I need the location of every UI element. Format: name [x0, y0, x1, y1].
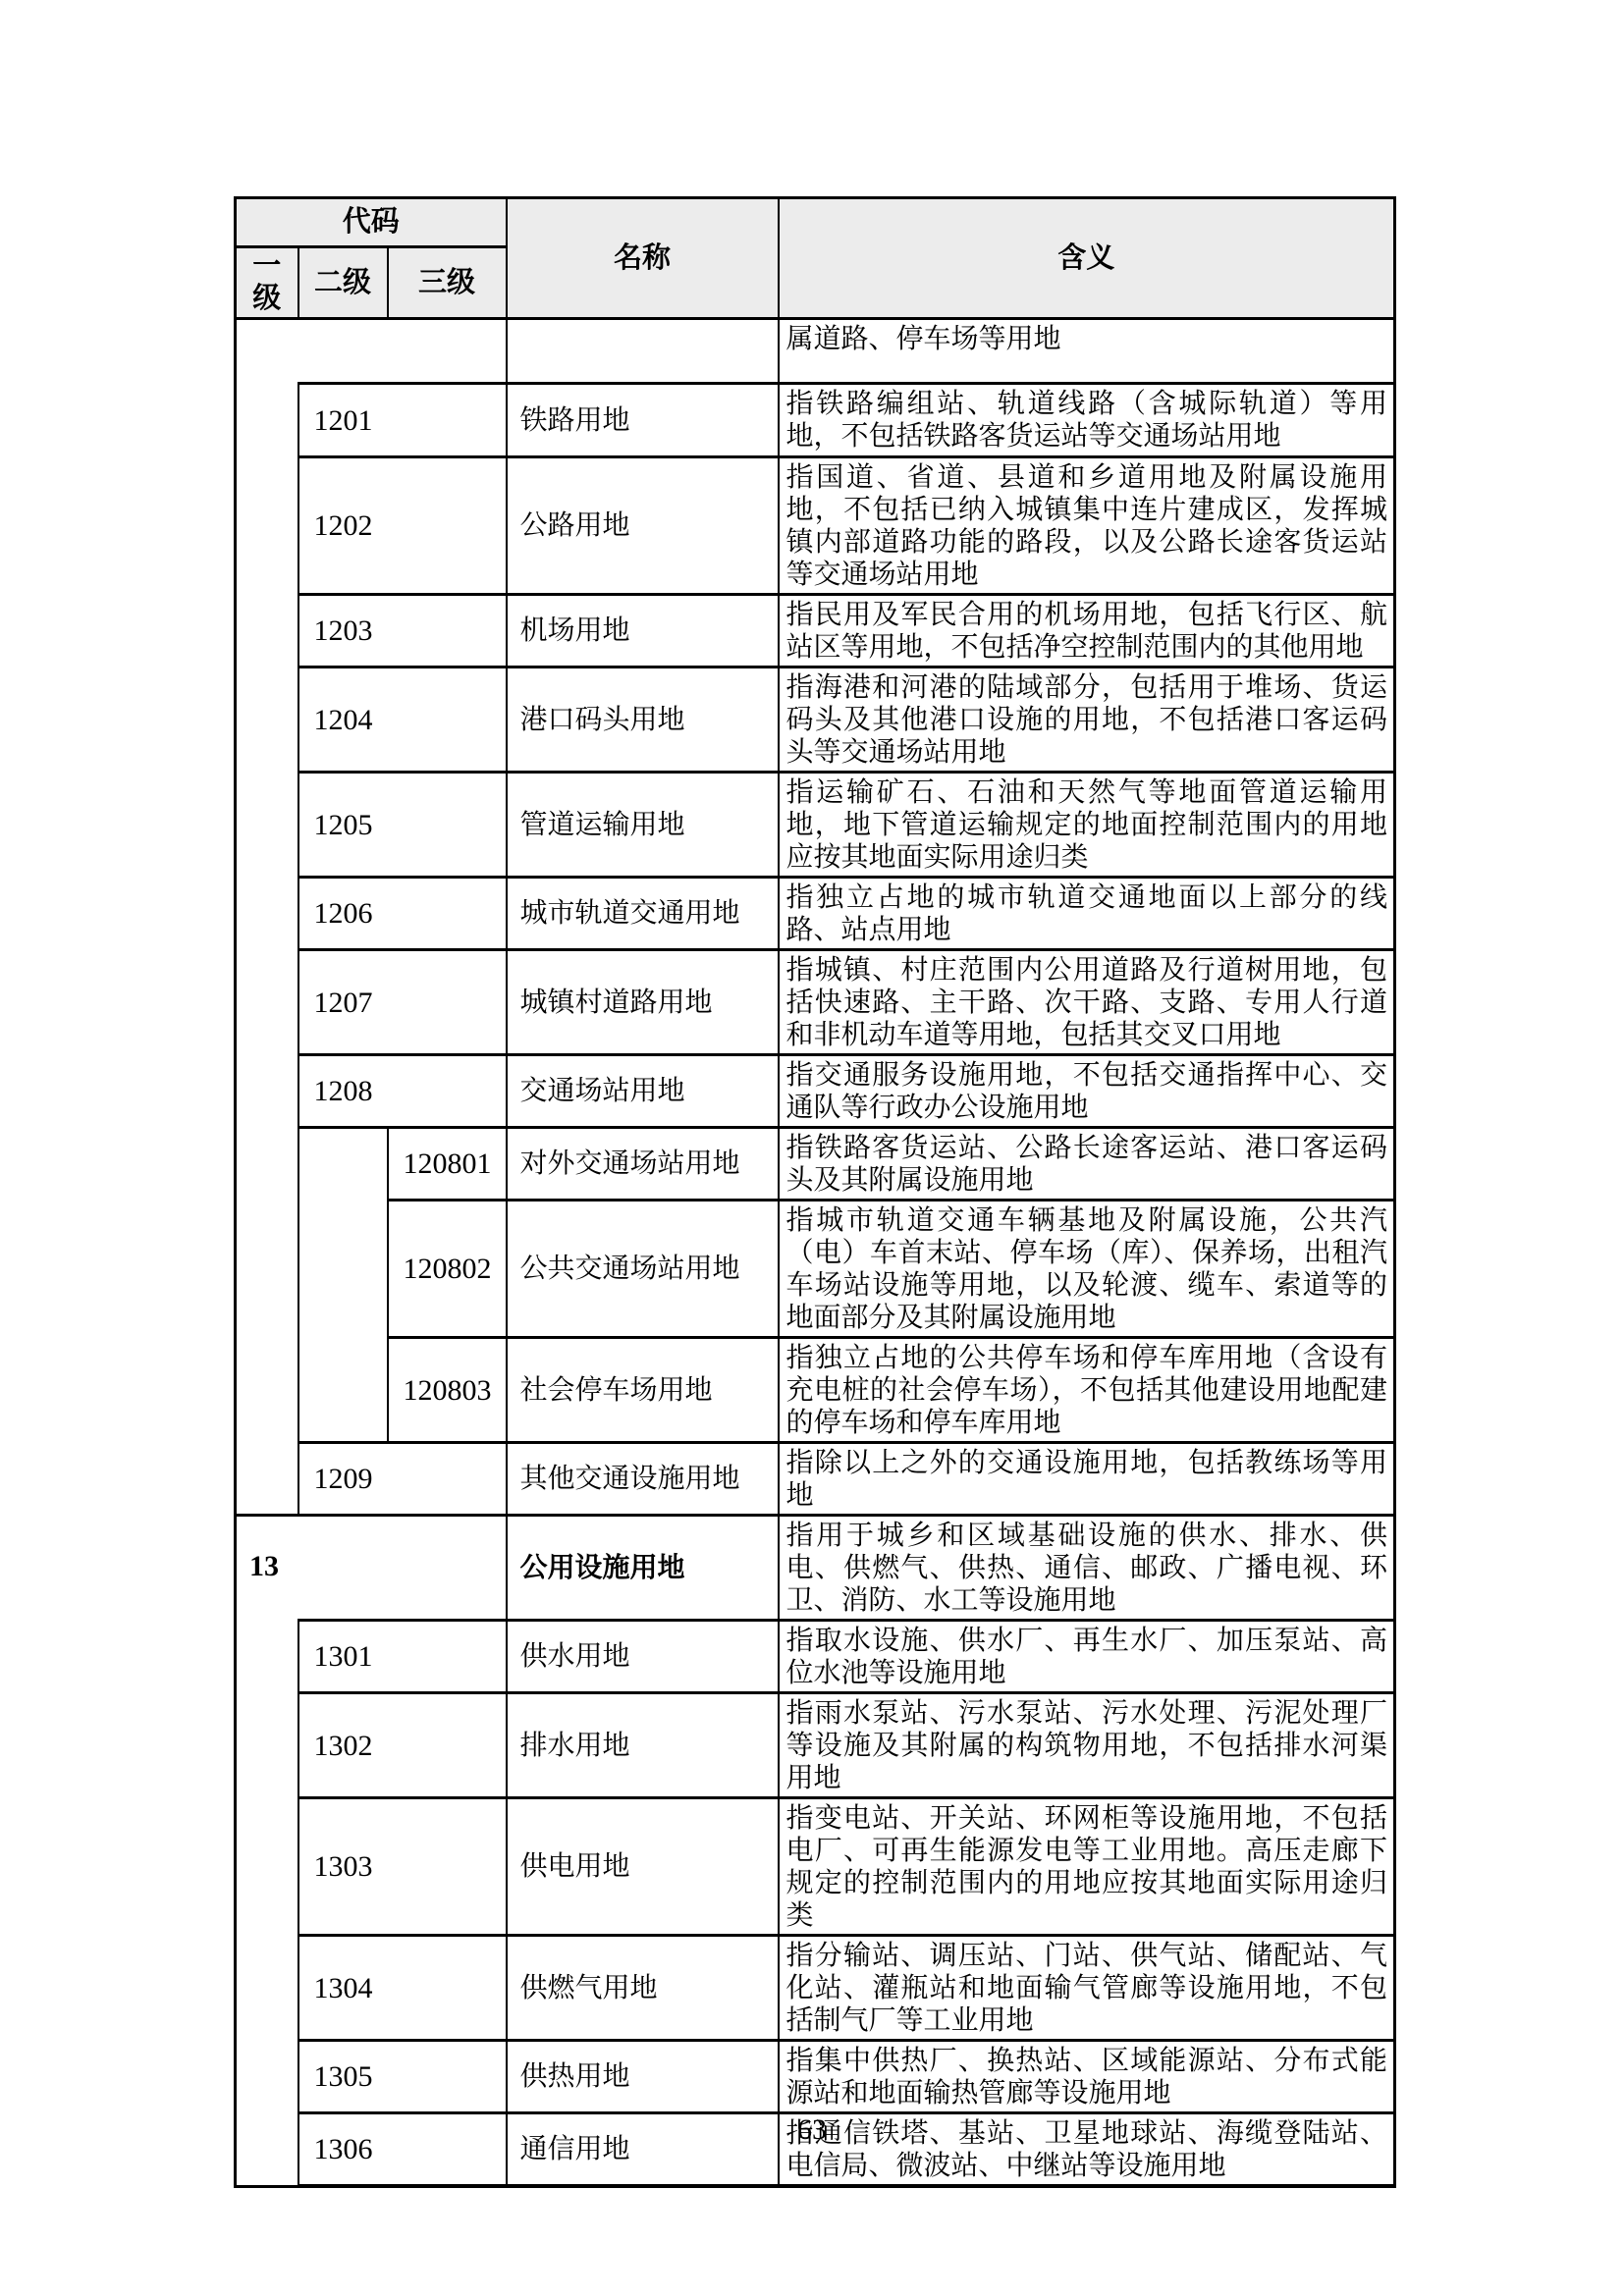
- table-row-1301: 1301 供水用地 指取水设施、供水厂、再生水厂、加压泵站、高位水池等设施用地: [236, 1621, 1395, 1693]
- meaning-cell-1206: 指独立占地的城市轨道交通地面以上部分的线路、站点用地: [779, 878, 1395, 950]
- name-cell-1205: 管道运输用地: [507, 773, 779, 878]
- meaning-cell-1302: 指雨水泵站、污水泵站、污水处理、污泥处理厂等设施及其附属的构筑物用地，不包括排水…: [779, 1693, 1395, 1798]
- code-cell-1202: 1202: [298, 457, 507, 595]
- name-cell-1202: 公路用地: [507, 457, 779, 595]
- name-cell-1304: 供燃气用地: [507, 1936, 779, 2041]
- level2-span-cell-1208: [298, 1128, 388, 1443]
- meaning-cell-1301: 指取水设施、供水厂、再生水厂、加压泵站、高位水池等设施用地: [779, 1621, 1395, 1693]
- code-cell-120801: 120801: [388, 1128, 507, 1201]
- land-use-classification-table: 代码 名称 含义 一级 二级 三级 属道路、停车场等用地 1201 铁路用地 指…: [234, 196, 1396, 2188]
- table-row-1207: 1207 城镇村道路用地 指城镇、村庄范围内公用道路及行道树用地，包括快速路、主…: [236, 950, 1395, 1055]
- name-cell-continuation: [507, 319, 779, 384]
- code-cell-1209: 1209: [298, 1443, 507, 1516]
- name-cell-1302: 排水用地: [507, 1693, 779, 1798]
- table-row-1208: 1208 交通场站用地 指交通服务设施用地，不包括交通指挥中心、交通队等行政办公…: [236, 1055, 1395, 1128]
- meaning-cell-1205: 指运输矿石、石油和天然气等地面管道运输用地，地下管道运输规定的地面控制范围内的用…: [779, 773, 1395, 878]
- header-cell-meaning: 含义: [779, 198, 1395, 319]
- meaning-cell-1303: 指变电站、开关站、环网柜等设施用地，不包括电厂、可再生能源发电等工业用地。高压走…: [779, 1798, 1395, 1936]
- code-area-13-cell: [298, 1516, 507, 1621]
- name-cell-1209: 其他交通设施用地: [507, 1443, 779, 1516]
- code-cell-1301: 1301: [298, 1621, 507, 1693]
- table-row-1201: 1201 铁路用地 指铁路编组站、轨道线路（含城际轨道）等用地，不包括铁路客货运…: [236, 384, 1395, 457]
- code-cell-1205: 1205: [298, 773, 507, 878]
- meaning-cell-1305: 指集中供热厂、换热站、区域能源站、分布式能源站和地面输热管廊等设施用地: [779, 2041, 1395, 2113]
- meaning-cell-1207: 指城镇、村庄范围内公用道路及行道树用地，包括快速路、主干路、次干路、支路、专用人…: [779, 950, 1395, 1055]
- table-row-1305: 1305 供热用地 指集中供热厂、换热站、区域能源站、分布式能源站和地面输热管廊…: [236, 2041, 1395, 2113]
- header-cell-code-group: 代码: [236, 198, 507, 247]
- name-cell-1301: 供水用地: [507, 1621, 779, 1693]
- name-cell-1204: 港口码头用地: [507, 667, 779, 773]
- code-cell-1302: 1302: [298, 1693, 507, 1798]
- code-cell-13: 13: [236, 1516, 298, 2187]
- name-cell-120803: 社会停车场用地: [507, 1338, 779, 1443]
- code-cell-1303: 1303: [298, 1798, 507, 1936]
- meaning-cell-1203: 指民用及军民合用的机场用地，包括飞行区、航站区等用地，不包括净空控制范围内的其他…: [779, 595, 1395, 667]
- table-row-120802: 120802 公共交通场站用地 指城市轨道交通车辆基地及附属设施，公共汽（电）车…: [236, 1201, 1395, 1338]
- document-page: 代码 名称 含义 一级 二级 三级 属道路、停车场等用地 1201 铁路用地 指…: [0, 0, 1624, 2296]
- meaning-cell-1201: 指铁路编组站、轨道线路（含城际轨道）等用地，不包括铁路客货运站等交通场站用地: [779, 384, 1395, 457]
- code-cell-1203: 1203: [298, 595, 507, 667]
- name-cell-120801: 对外交通场站用地: [507, 1128, 779, 1201]
- code-cell-120802: 120802: [388, 1201, 507, 1338]
- table-row-1302: 1302 排水用地 指雨水泵站、污水泵站、污水处理、污泥处理厂等设施及其附属的构…: [236, 1693, 1395, 1798]
- name-cell-1305: 供热用地: [507, 2041, 779, 2113]
- table-row-1204: 1204 港口码头用地 指海港和河港的陆域部分，包括用于堆场、货运码头及其他港口…: [236, 667, 1395, 773]
- table-row-1304: 1304 供燃气用地 指分输站、调压站、门站、供气站、储配站、气化站、灌瓶站和地…: [236, 1936, 1395, 2041]
- table-row-1203: 1203 机场用地 指民用及军民合用的机场用地，包括飞行区、航站区等用地，不包括…: [236, 595, 1395, 667]
- table-row-1209: 1209 其他交通设施用地 指除以上之外的交通设施用地，包括教练场等用地: [236, 1443, 1395, 1516]
- header-cell-level3: 三级: [388, 247, 507, 319]
- code-cell-1304: 1304: [298, 1936, 507, 2041]
- table-row-120803: 120803 社会停车场用地 指独立占地的公共停车场和停车库用地（含设有充电桩的…: [236, 1338, 1395, 1443]
- name-cell-1201: 铁路用地: [507, 384, 779, 457]
- meaning-cell-120802: 指城市轨道交通车辆基地及附属设施，公共汽（电）车首末站、停车场（库）、保养场，出…: [779, 1201, 1395, 1338]
- meaning-cell-120801: 指铁路客货运站、公路长途客运站、港口客运码头及其附属设施用地: [779, 1128, 1395, 1201]
- code-cell-1201: 1201: [298, 384, 507, 457]
- name-cell-1208: 交通场站用地: [507, 1055, 779, 1128]
- name-cell-1203: 机场用地: [507, 595, 779, 667]
- code-cell-1208: 1208: [298, 1055, 507, 1128]
- table-row-120801: 120801 对外交通场站用地 指铁路客货运站、公路长途客运站、港口客运码头及其…: [236, 1128, 1395, 1201]
- header-cell-level1: 一级: [236, 247, 298, 319]
- meaning-cell-1209: 指除以上之外的交通设施用地，包括教练场等用地: [779, 1443, 1395, 1516]
- table-row-continuation: 属道路、停车场等用地: [236, 319, 1395, 384]
- code-cell-1207: 1207: [298, 950, 507, 1055]
- name-cell-13: 公用设施用地: [507, 1516, 779, 1621]
- table-row-1205: 1205 管道运输用地 指运输矿石、石油和天然气等地面管道运输用地，地下管道运输…: [236, 773, 1395, 878]
- table-row-13: 13 公用设施用地 指用于城乡和区域基础设施的供水、排水、供电、供燃气、供热、通…: [236, 1516, 1395, 1621]
- meaning-cell-1208: 指交通服务设施用地，不包括交通指挥中心、交通队等行政办公设施用地: [779, 1055, 1395, 1128]
- meaning-cell-1204: 指海港和河港的陆域部分，包括用于堆场、货运码头及其他港口设施的用地，不包括港口客…: [779, 667, 1395, 773]
- table-row-1303: 1303 供电用地 指变电站、开关站、环网柜等设施用地，不包括电厂、可再生能源发…: [236, 1798, 1395, 1936]
- level1-span-cell-12: [236, 319, 298, 1516]
- meaning-cell-13: 指用于城乡和区域基础设施的供水、排水、供电、供燃气、供热、通信、邮政、广播电视、…: [779, 1516, 1395, 1621]
- meaning-cell-120803: 指独立占地的公共停车场和停车库用地（含设有充电桩的社会停车场），不包括其他建设用…: [779, 1338, 1395, 1443]
- header-row-1: 代码 名称 含义: [236, 198, 1395, 247]
- code-cell-1204: 1204: [298, 667, 507, 773]
- page-number: 63: [0, 2113, 1624, 2147]
- meaning-cell-continuation: 属道路、停车场等用地: [779, 319, 1395, 384]
- code-cell-120803: 120803: [388, 1338, 507, 1443]
- meaning-cell-1202: 指国道、省道、县道和乡道用地及附属设施用地，不包括已纳入城镇集中连片建成区，发挥…: [779, 457, 1395, 595]
- name-cell-1303: 供电用地: [507, 1798, 779, 1936]
- name-cell-1207: 城镇村道路用地: [507, 950, 779, 1055]
- table-row-1206: 1206 城市轨道交通用地 指独立占地的城市轨道交通地面以上部分的线路、站点用地: [236, 878, 1395, 950]
- name-cell-120802: 公共交通场站用地: [507, 1201, 779, 1338]
- code-cell-1305: 1305: [298, 2041, 507, 2113]
- header-cell-name: 名称: [507, 198, 779, 319]
- code-area-continuation-cell: [298, 319, 507, 384]
- header-cell-level2: 二级: [298, 247, 388, 319]
- name-cell-1206: 城市轨道交通用地: [507, 878, 779, 950]
- meaning-cell-1304: 指分输站、调压站、门站、供气站、储配站、气化站、灌瓶站和地面输气管廊等设施用地，…: [779, 1936, 1395, 2041]
- table-row-1202: 1202 公路用地 指国道、省道、县道和乡道用地及附属设施用地，不包括已纳入城镇…: [236, 457, 1395, 595]
- code-cell-1206: 1206: [298, 878, 507, 950]
